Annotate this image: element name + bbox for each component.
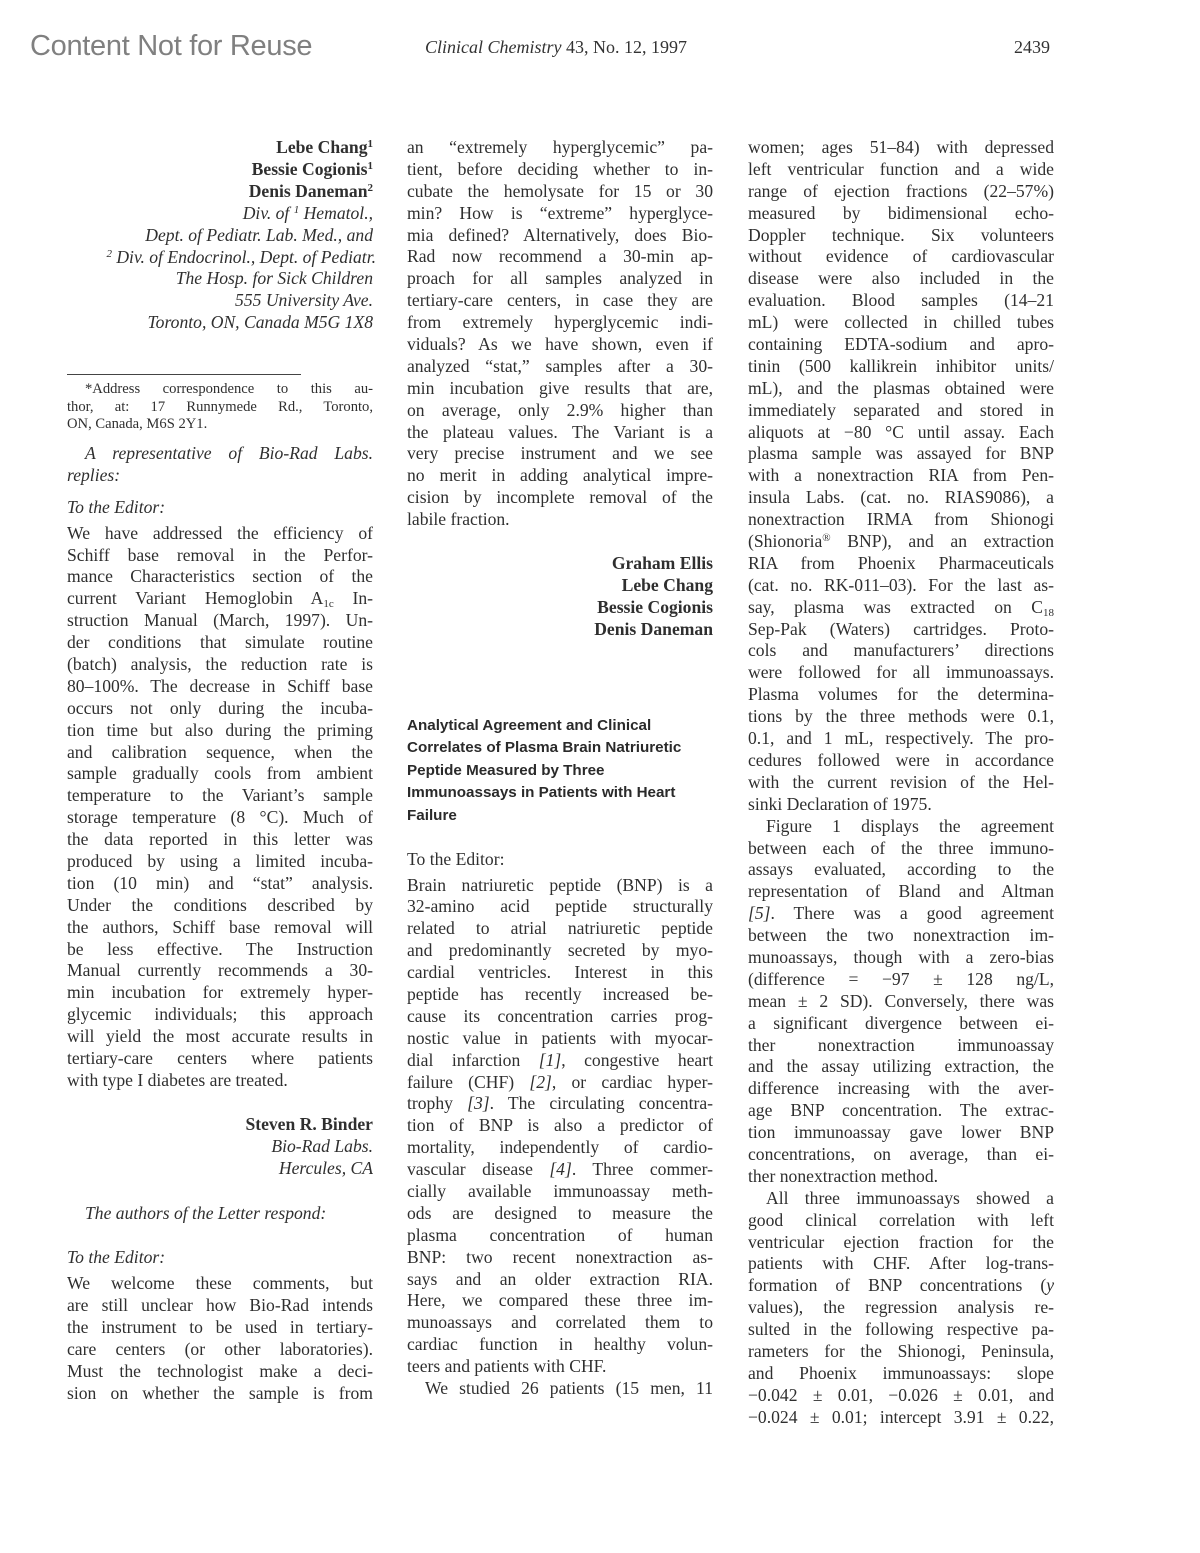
body-line: tinin (500 kallikrein inhibitor units/ [748, 356, 1054, 378]
body-line: from extremely hyperglycemic indi- [407, 312, 713, 334]
body-line: left ventricular function and a wide [748, 159, 1054, 181]
body-line: sion on whether the sample is from [67, 1383, 373, 1405]
journal-name: Clinical Chemistry [425, 37, 562, 57]
body-line: plasma sample was assayed for BNP [748, 443, 1054, 465]
response-body: We welcome these comments, but are still… [67, 1273, 373, 1404]
body-line: −0.042 ± 0.01, −0.026 ± 0.01, and [748, 1385, 1054, 1407]
citation: [3] [467, 1093, 490, 1113]
body-line: assays evaluated, according to the [748, 859, 1054, 881]
body-line: cols and manufacturers’ directions [748, 640, 1054, 662]
body-line: produced by using a limited incuba- [67, 851, 373, 873]
response-body-continued: an “extremely hyperglycemic” pa- tient, … [407, 137, 713, 531]
body-line: tion immunoassay gave lower BNP [748, 1122, 1054, 1144]
column-3: women; ages 51–84) with depressed left v… [748, 137, 1054, 1429]
variable: y [1046, 1275, 1054, 1295]
body-line: BNP: two recent nonextraction as- [407, 1247, 713, 1269]
watermark: Content Not for Reuse [30, 30, 312, 63]
signature-name: Bessie Cogionis [407, 597, 713, 619]
running-head: Clinical Chemistry 43, No. 12, 1997 [425, 37, 687, 58]
body-line: tertiary-care centers, in case they are [407, 290, 713, 312]
body-line: representation of Bland and Altman [748, 881, 1054, 903]
author: Denis Daneman2 [67, 181, 373, 203]
response-intro: The authors of the Letter respond: [67, 1203, 373, 1225]
body-line: age BNP concentration. The extrac- [748, 1100, 1054, 1122]
body-line: the plateau values. The Variant is a [407, 422, 713, 444]
body-text: formation of BNP concentrations ( [748, 1275, 1046, 1295]
body-line: without evidence of cardiovascular [748, 246, 1054, 268]
body-line: care centers (or other laboratories). [67, 1339, 373, 1361]
body-line: ther nonextraction method. [748, 1166, 1054, 1188]
body-line: munoassays, though with a zero-bias [748, 947, 1054, 969]
body-line: mia defined? Alternatively, does Bio- [407, 225, 713, 247]
body-text: . There was a good agreement [771, 903, 1055, 923]
title-line: Correlates of Plasma Brain Natriuretic [407, 737, 713, 760]
body-line: cision by incomplete removal of the [407, 487, 713, 509]
body-line: very precise instrument and we see [407, 443, 713, 465]
article-body-continued: women; ages 51–84) with depressed left v… [748, 137, 1054, 1429]
body-line: and Phoenix immunoassays: slope [748, 1363, 1054, 1385]
body-line: difference increasing with the aver- [748, 1078, 1054, 1100]
body-line: glycemic individuals; this approach [67, 1004, 373, 1026]
body-line: tion of BNP is also a predictor of [407, 1115, 713, 1137]
body-line: cardial ventricles. Interest in this [407, 962, 713, 984]
author-block: Lebe Chang1 Bessie Cogionis1 Denis Danem… [67, 137, 373, 334]
body-line: formation of BNP concentrations (y [748, 1275, 1054, 1297]
body-line: disease were also included in the [748, 268, 1054, 290]
body-line: Schiff base removal in the Perfor- [67, 545, 373, 567]
body-line: Figure 1 displays the agreement [748, 816, 1054, 838]
body-line: will yield the most accurate results in [67, 1026, 373, 1048]
body-line: 32-amino acid peptide structurally [407, 896, 713, 918]
body-line: cardiac function in healthy volun- [407, 1334, 713, 1356]
body-line: (cat. no. RK-011–03). For the last as- [748, 575, 1054, 597]
body-line: says and an older extraction RIA. [407, 1269, 713, 1291]
body-line: (Shionoria® BNP), and an extraction [748, 531, 1054, 553]
body-line: dial infarction [1], congestive heart [407, 1050, 713, 1072]
body-text: (Shionoria [748, 531, 822, 551]
body-line: cedures followed were in accordance [748, 750, 1054, 772]
body-line: evaluation. Blood samples (14–21 [748, 290, 1054, 312]
body-line: [5]. There was a good agreement [748, 903, 1054, 925]
body-line: tion time but also during the priming [67, 720, 373, 742]
body-line: rameters for the Shionogi, Peninsula, [748, 1341, 1054, 1363]
title-line: Peptide Measured by Three [407, 760, 713, 783]
body-line: values), the regression analysis re- [748, 1297, 1054, 1319]
body-line: ventricular ejection fraction for the [748, 1232, 1054, 1254]
footnote-line: ON, Canada, M6S 2Y1. [67, 416, 373, 434]
body-line: Under the conditions described by [67, 895, 373, 917]
body-line: peptide has recently increased be- [407, 984, 713, 1006]
footnote-line: thor, at: 17 Runnymede Rd., Toronto, [67, 399, 373, 417]
author-name: Bessie Cogionis [252, 159, 368, 179]
affiliation-line: The Hosp. for Sick Children [67, 268, 373, 290]
affiliation-line: Toronto, ON, Canada M5G 1X8 [67, 312, 373, 334]
body-line: proach for all samples analyzed in [407, 268, 713, 290]
body-line: on average, only 2.9% higher than [407, 400, 713, 422]
body-line: Plasma volumes for the determina- [748, 684, 1054, 706]
signature-name: Steven R. Binder [67, 1114, 373, 1136]
article-body: Brain natriuretic peptide (BNP) is a 32-… [407, 875, 713, 1400]
body-line: Manual currently recommends a 30- [67, 960, 373, 982]
body-text: say, plasma was extracted on C [748, 597, 1043, 617]
body-line: plasma concentration of human [407, 1225, 713, 1247]
reply-intro-line: replies: [67, 465, 373, 487]
body-line: mL) were collected in chilled tubes [748, 312, 1054, 334]
signature-name: Denis Daneman [407, 619, 713, 641]
body-text: . The circulating concentra- [490, 1093, 713, 1113]
reply-intro: A representative of Bio-Rad Labs. replie… [67, 443, 373, 487]
citation: [2] [529, 1072, 552, 1092]
body-line: and calibration sequence, when the [67, 742, 373, 764]
affiliation-line: 555 University Ave. [67, 290, 373, 312]
body-line: Rad now recommend a 30-min ap- [407, 246, 713, 268]
column-2: an “extremely hyperglycemic” pa- tient, … [407, 137, 713, 1400]
body-line: sulted in the following respective pa- [748, 1319, 1054, 1341]
body-line: containing EDTA-sodium and apro- [748, 334, 1054, 356]
body-line: struction Manual (March, 1997). Un- [67, 610, 373, 632]
affiliation-line: Div. of 1 Hematol., [67, 203, 373, 225]
signature-org: Bio-Rad Labs. [67, 1136, 373, 1158]
body-text: failure (CHF) [407, 1072, 529, 1092]
body-line: viduals? As we have shown, even if [407, 334, 713, 356]
body-line: immediately separated and stored in [748, 400, 1054, 422]
salutation: To the Editor: [67, 1247, 373, 1269]
body-line: patients with CHF. After log-trans- [748, 1253, 1054, 1275]
body-line: storage temperature (8 °C). Much of [67, 807, 373, 829]
body-line: temperature to the Variant’s sample [67, 785, 373, 807]
signature-name: Lebe Chang [407, 575, 713, 597]
affiliation-text: Hematol., [299, 203, 373, 223]
body-line: good clinical correlation with left [748, 1210, 1054, 1232]
body-line: −0.024 ± 0.01; intercept 3.91 ± 0.22, [748, 1407, 1054, 1429]
body-line: mean ± 2 SD). Conversely, there was [748, 991, 1054, 1013]
body-line: tion (10 min) and “stat” analysis. [67, 873, 373, 895]
title-line: Failure [407, 805, 713, 828]
body-line: teers and patients with CHF. [407, 1356, 713, 1378]
correspondence-footnote: *Address correspondence to this au- thor… [67, 381, 373, 434]
body-line: We welcome these comments, but [67, 1273, 373, 1295]
footnote-rule [67, 374, 301, 375]
body-line: (batch) analysis, the reduction rate is [67, 654, 373, 676]
body-line: ods are designed to measure the [407, 1203, 713, 1225]
author-name: Lebe Chang [276, 137, 367, 157]
body-line: Here, we compared these three im- [407, 1290, 713, 1312]
body-line: cause its concentration carries prog- [407, 1006, 713, 1028]
body-line: with type I diabetes are treated. [67, 1070, 373, 1092]
body-line: were followed for all immunoassays. [748, 662, 1054, 684]
body-text: , congestive heart [561, 1050, 713, 1070]
body-line: labile fraction. [407, 509, 713, 531]
body-line: analyzed “stat,” samples after a 30- [407, 356, 713, 378]
body-line: related to atrial natriuretic peptide [407, 918, 713, 940]
body-line: 0.1, and 1 mL, respectively. The pro- [748, 728, 1054, 750]
affiliation-text: Div. of [243, 203, 294, 223]
body-line: nostic value in patients with myocar- [407, 1028, 713, 1050]
body-line: min incubation for extremely hyper- [67, 982, 373, 1004]
body-line: and predominantly secreted by myo- [407, 940, 713, 962]
body-text: In- [334, 588, 373, 608]
body-line: a significant divergence between ei- [748, 1013, 1054, 1035]
body-text: , or cardiac hyper- [552, 1072, 713, 1092]
body-line: Must the technologist make a deci- [67, 1361, 373, 1383]
affiliation-line: Dept. of Pediatr. Lab. Med., and [67, 225, 373, 247]
citation: [1] [539, 1050, 562, 1070]
body-line: Doppler technique. Six volunteers [748, 225, 1054, 247]
affiliation-line: 2 Div. of Endocrinol., Dept. of Pediatr. [67, 247, 376, 269]
salutation: To the Editor: [67, 497, 373, 519]
page-number: 2439 [1014, 37, 1050, 58]
body-line: insula Labs. (cat. no. RIAS9086), a [748, 487, 1054, 509]
body-line: All three immunoassays showed a [748, 1188, 1054, 1210]
body-line: measured by bidimensional echo- [748, 203, 1054, 225]
body-line: with a nonextraction RIA from Pen- [748, 465, 1054, 487]
body-line: We studied 26 patients (15 men, 11 [407, 1378, 713, 1400]
signature-location: Hercules, CA [67, 1158, 373, 1180]
author-name: Denis Daneman [249, 181, 368, 201]
body-line: range of ejection fractions (22–57%) [748, 181, 1054, 203]
body-line: der conditions that simulate routine [67, 632, 373, 654]
body-line: the instrument to be used in tertiary- [67, 1317, 373, 1339]
article-title: Analytical Agreement and Clinical Correl… [407, 715, 713, 828]
reply-signature: Steven R. Binder Bio-Rad Labs. Hercules,… [67, 1114, 373, 1180]
body-line: mance Characteristics section of the [67, 566, 373, 588]
body-line: min? How is “extreme” hyperglyce- [407, 203, 713, 225]
body-line: nonextraction IRMA from Shionogi [748, 509, 1054, 531]
body-text: dial infarction [407, 1050, 539, 1070]
body-line: say, plasma was extracted on C18 [748, 597, 1054, 619]
body-line: tient, before deciding whether to in- [407, 159, 713, 181]
body-line: concentrations, on average, than ei- [748, 1144, 1054, 1166]
body-line: Sep-Pak (Waters) cartridges. Proto- [748, 619, 1054, 641]
body-line: aliquots at −80 °C until assay. Each [748, 422, 1054, 444]
salutation: To the Editor: [407, 849, 713, 871]
body-line: an “extremely hyperglycemic” pa- [407, 137, 713, 159]
body-line: RIA from Phoenix Pharmaceuticals [748, 553, 1054, 575]
body-line: We have addressed the efficiency of [67, 523, 373, 545]
citation: [4] [549, 1159, 572, 1179]
body-line: vascular disease [4]. Three commer- [407, 1159, 713, 1181]
affiliation-mark: 1 [368, 160, 374, 172]
body-line: sinki Declaration of 1975. [748, 794, 1054, 816]
body-line: no merit in adding analytical impre- [407, 465, 713, 487]
body-line: munoassays and correlated them to [407, 1312, 713, 1334]
body-line: cubate the hemolysate for 15 or 30 [407, 181, 713, 203]
reply-intro-line: A representative of Bio-Rad Labs. [67, 443, 373, 465]
subscript: 18 [1043, 607, 1054, 619]
citation: [5] [748, 903, 771, 923]
body-line: ther nonextraction immunoassay [748, 1035, 1054, 1057]
affiliation-mark: 1 [368, 138, 374, 150]
body-line: between the two nonextraction im- [748, 925, 1054, 947]
affiliation-mark: 2 [368, 182, 374, 194]
body-line: with the current revision of the Hel- [748, 772, 1054, 794]
body-line: and the assay utilizing extraction, the [748, 1056, 1054, 1078]
title-line: Analytical Agreement and Clinical [407, 715, 713, 738]
body-text: trophy [407, 1093, 467, 1113]
body-line: the authors, Schiff base removal will [67, 917, 373, 939]
body-line: (difference = −97 ± 128 ng/L, [748, 969, 1054, 991]
affiliation-text: Div. of Endocrinol., Dept. of Pediatr. [112, 247, 376, 267]
body-line: be less effective. The Instruction [67, 939, 373, 961]
body-line: cially available immunoassay meth- [407, 1181, 713, 1203]
body-text: . Three commer- [572, 1159, 713, 1179]
body-line: between each of the three immuno- [748, 838, 1054, 860]
footnote-line: *Address correspondence to this au- [67, 381, 373, 399]
body-line: Brain natriuretic peptide (BNP) is a [407, 875, 713, 897]
body-line: tions by the three methods were 0.1, [748, 706, 1054, 728]
body-text: current Variant Hemoglobin A [67, 588, 323, 608]
body-line: occurs not only during the incuba- [67, 698, 373, 720]
body-line: min incubation give results that are, [407, 378, 713, 400]
column-1: Lebe Chang1 Bessie Cogionis1 Denis Danem… [67, 137, 373, 1405]
subscript: 1c [323, 598, 333, 610]
volume-issue: 43, No. 12, 1997 [566, 37, 687, 57]
body-line: women; ages 51–84) with depressed [748, 137, 1054, 159]
body-text: BNP), and an extraction [831, 531, 1054, 551]
author: Bessie Cogionis1 [67, 159, 373, 181]
body-line: trophy [3]. The circulating concentra- [407, 1093, 713, 1115]
reply-body: We have addressed the efficiency of Schi… [67, 523, 373, 1092]
body-line: mortality, independently of cardio- [407, 1137, 713, 1159]
response-signatures: Graham Ellis Lebe Chang Bessie Cogionis … [407, 553, 713, 641]
body-line: are still unclear how Bio-Rad intends [67, 1295, 373, 1317]
body-line: 80–100%. The decrease in Schiff base [67, 676, 373, 698]
signature-name: Graham Ellis [407, 553, 713, 575]
registered-mark: ® [822, 532, 830, 544]
body-line: the data reported in this letter was [67, 829, 373, 851]
body-line: failure (CHF) [2], or cardiac hyper- [407, 1072, 713, 1094]
body-text: vascular disease [407, 1159, 549, 1179]
title-line: Immunoassays in Patients with Heart [407, 782, 713, 805]
body-line: sample gradually cools from ambient [67, 763, 373, 785]
author: Lebe Chang1 [67, 137, 373, 159]
body-line: mL), and the plasmas obtained were [748, 378, 1054, 400]
body-line: current Variant Hemoglobin A1c In- [67, 588, 373, 610]
body-line: tertiary-care centers where patients [67, 1048, 373, 1070]
